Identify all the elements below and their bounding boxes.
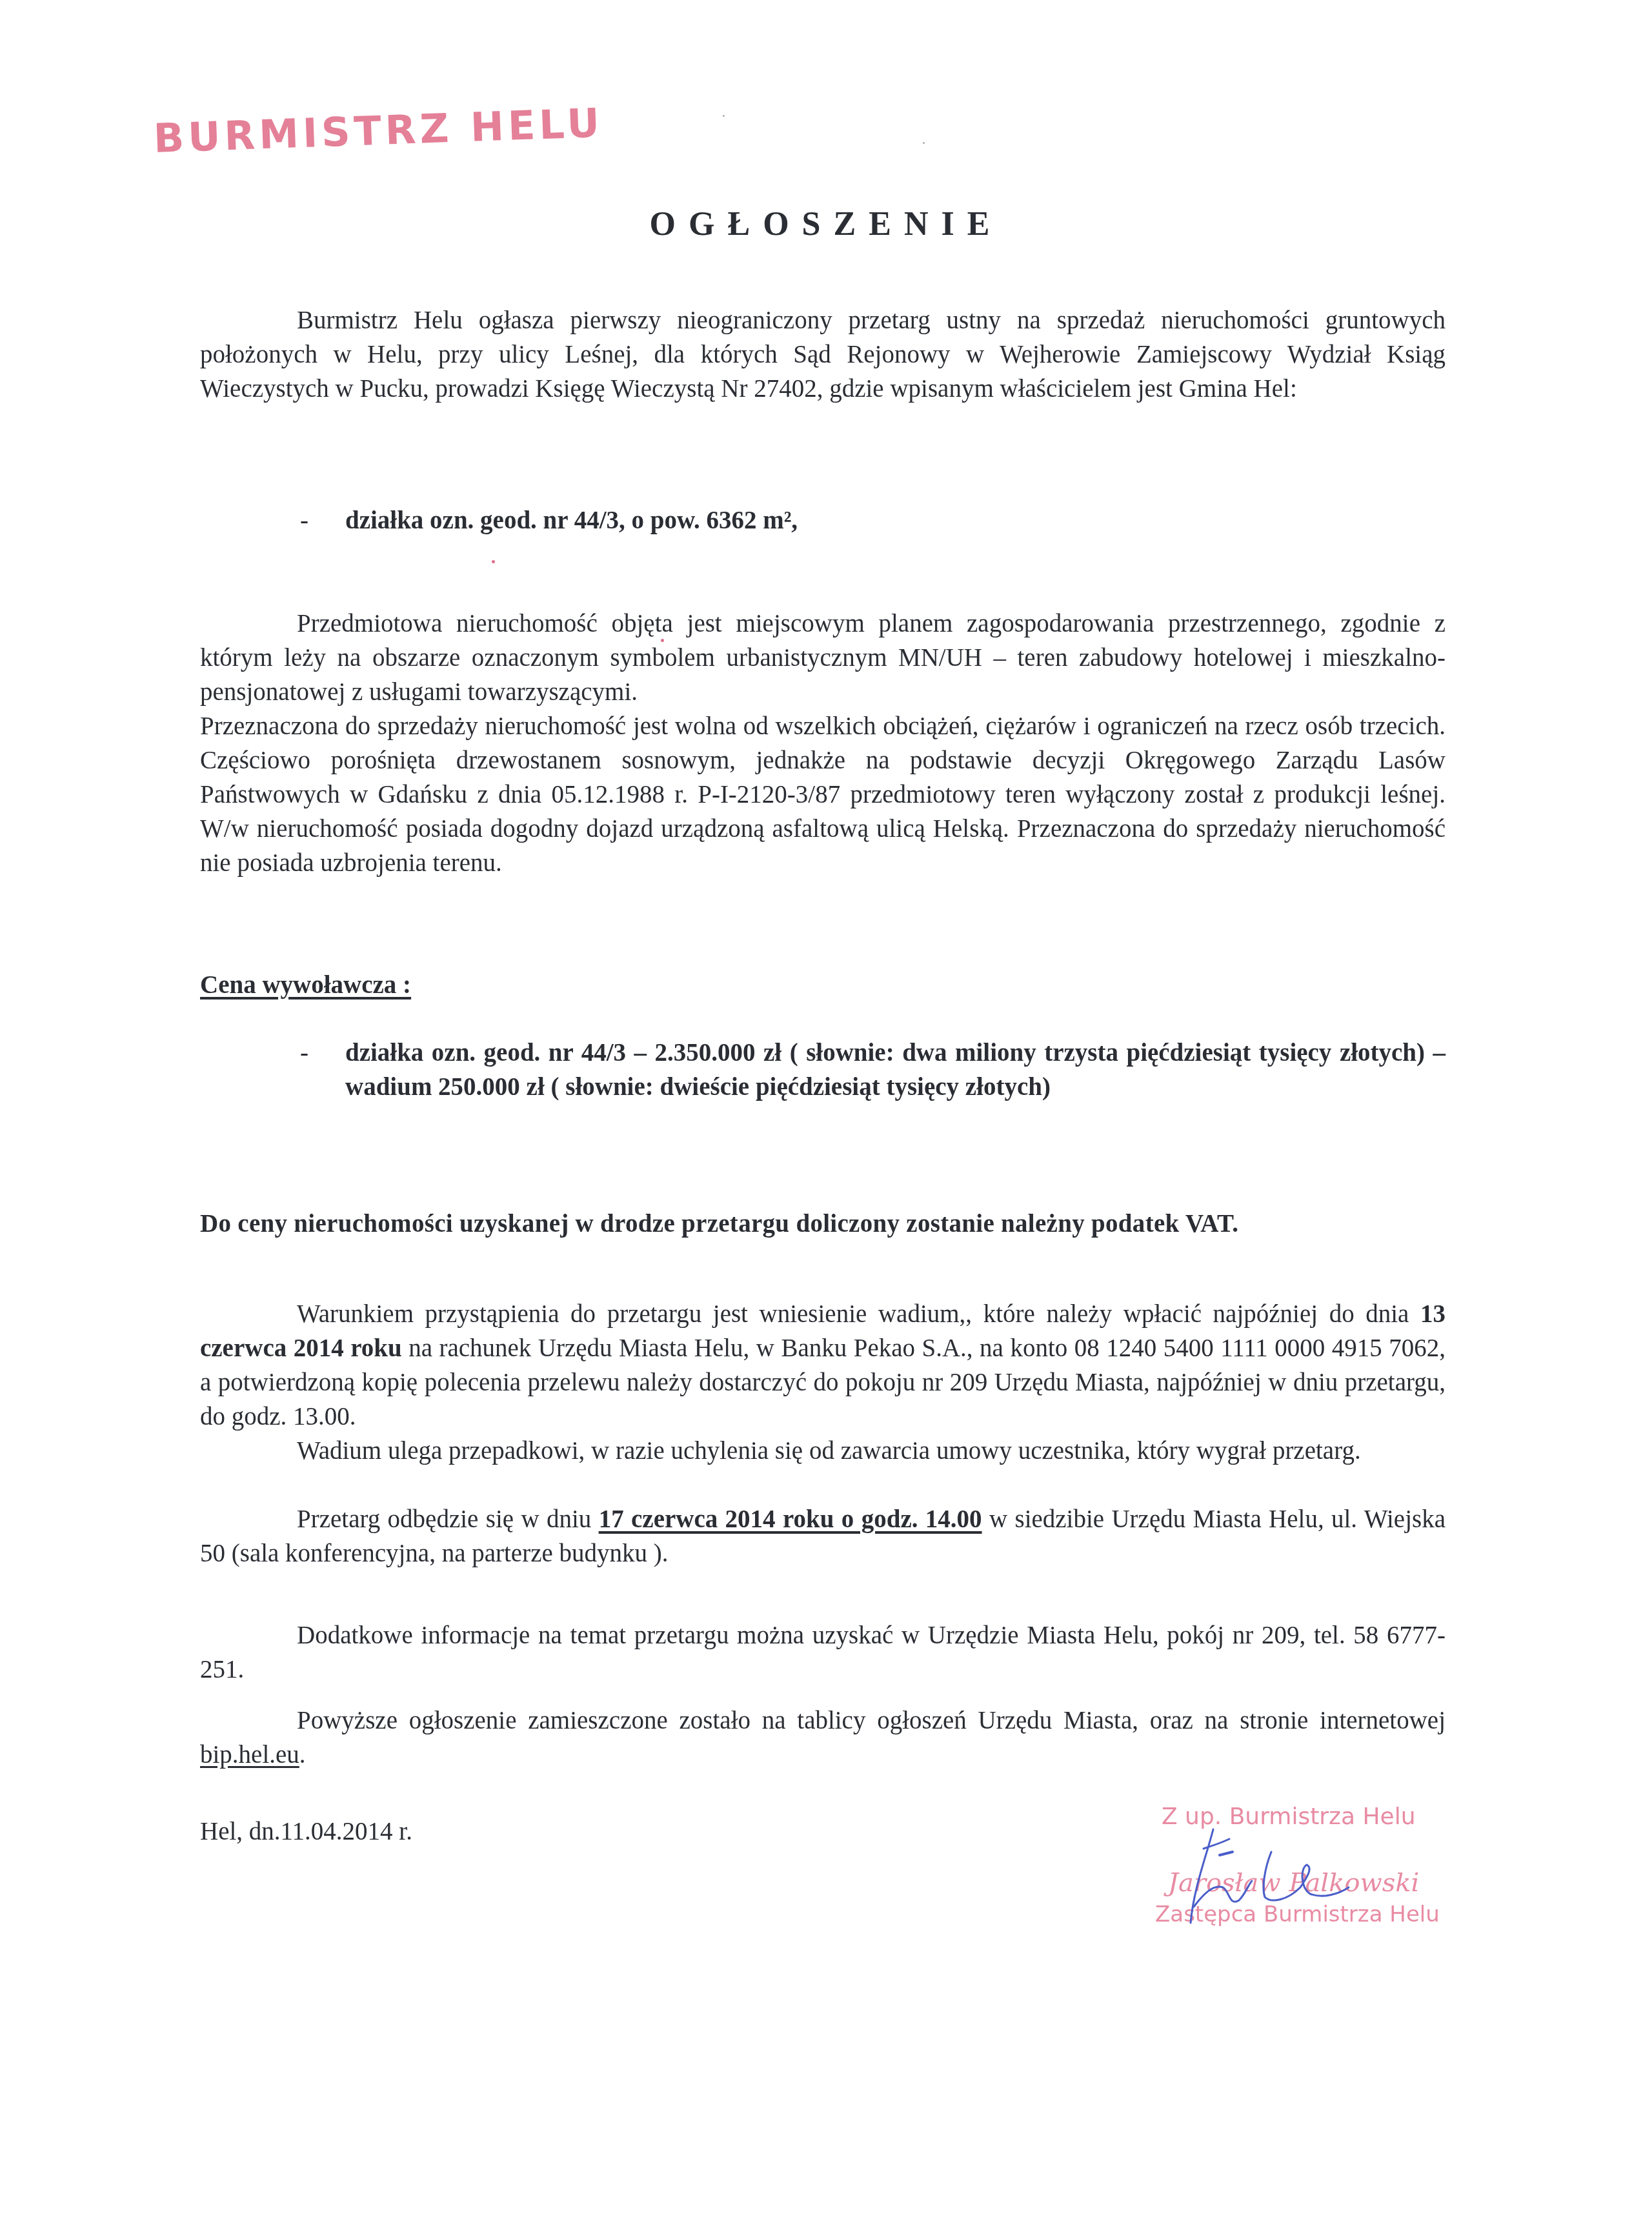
auction-datetime: 17 czerwca 2014 roku o godz. 14.00 [599, 1505, 982, 1533]
publication-text-1: Powyższe ogłoszenie zamieszczone zostało… [297, 1707, 1445, 1734]
publication-text-2: . [299, 1741, 306, 1769]
price-item-text: działka ozn. geod. nr 44/3 – 2.350.000 z… [345, 1036, 1445, 1104]
bip-link[interactable]: bip.hel.eu [200, 1741, 299, 1769]
publication-paragraph: Powyższe ogłoszenie zamieszczone zostało… [200, 1703, 1445, 1772]
scan-speck [723, 115, 725, 117]
price-item: - działka ozn. geod. nr 44/3 – 2.350.000… [345, 1036, 1445, 1104]
forfeit-paragraph: Wadium ulega przepadkowi, w razie uchyle… [200, 1434, 1445, 1468]
deposit-paragraph: Warunkiem przystąpienia do przetargu jes… [200, 1297, 1445, 1434]
info-paragraph: Dodatkowe informacje na temat przetargu … [200, 1618, 1445, 1687]
description-paragraph-2: Przeznaczona do sprzedaży nieruchomość j… [200, 709, 1445, 880]
auction-text-1: Przetarg odbędzie się w dniu [297, 1505, 599, 1533]
plot-item-text: działka ozn. geod. nr 44/3, o pow. 6362 … [345, 503, 1445, 537]
price-heading: Cena wywoławcza : [200, 968, 411, 1002]
mayor-stamp: BURMISTRZ HELU [153, 99, 604, 162]
handwritten-signature-icon [1168, 1816, 1400, 1926]
description-paragraph-1: Przedmiotowa nieruchomość objęta jest mi… [200, 607, 1445, 709]
signature-block: Z up. Burmistrza Helu Jarosław Palkowski… [1155, 1803, 1458, 1933]
ink-speck [492, 560, 495, 563]
deposit-text-1: Warunkiem przystąpienia do przetargu jes… [297, 1300, 1420, 1328]
bullet-dash: - [300, 503, 308, 537]
intro-paragraph: Burmistrz Helu ogłasza pierwszy nieogran… [200, 303, 1445, 406]
scan-speck [923, 142, 925, 144]
auction-paragraph: Przetarg odbędzie się w dniu 17 czerwca … [200, 1502, 1445, 1571]
bullet-dash: - [300, 1036, 308, 1070]
scanned-document-page: BURMISTRZ HELU OGŁOSZENIE Burmistrz Helu… [0, 0, 1652, 2230]
plot-item: - działka ozn. geod. nr 44/3, o pow. 636… [345, 503, 1445, 537]
vat-note: Do ceny nieruchomości uzyskanej w drodze… [200, 1207, 1238, 1241]
ink-speck [661, 639, 664, 642]
issue-date: Hel, dn.11.04.2014 r. [200, 1814, 412, 1849]
document-title: OGŁOSZENIE [0, 205, 1652, 243]
